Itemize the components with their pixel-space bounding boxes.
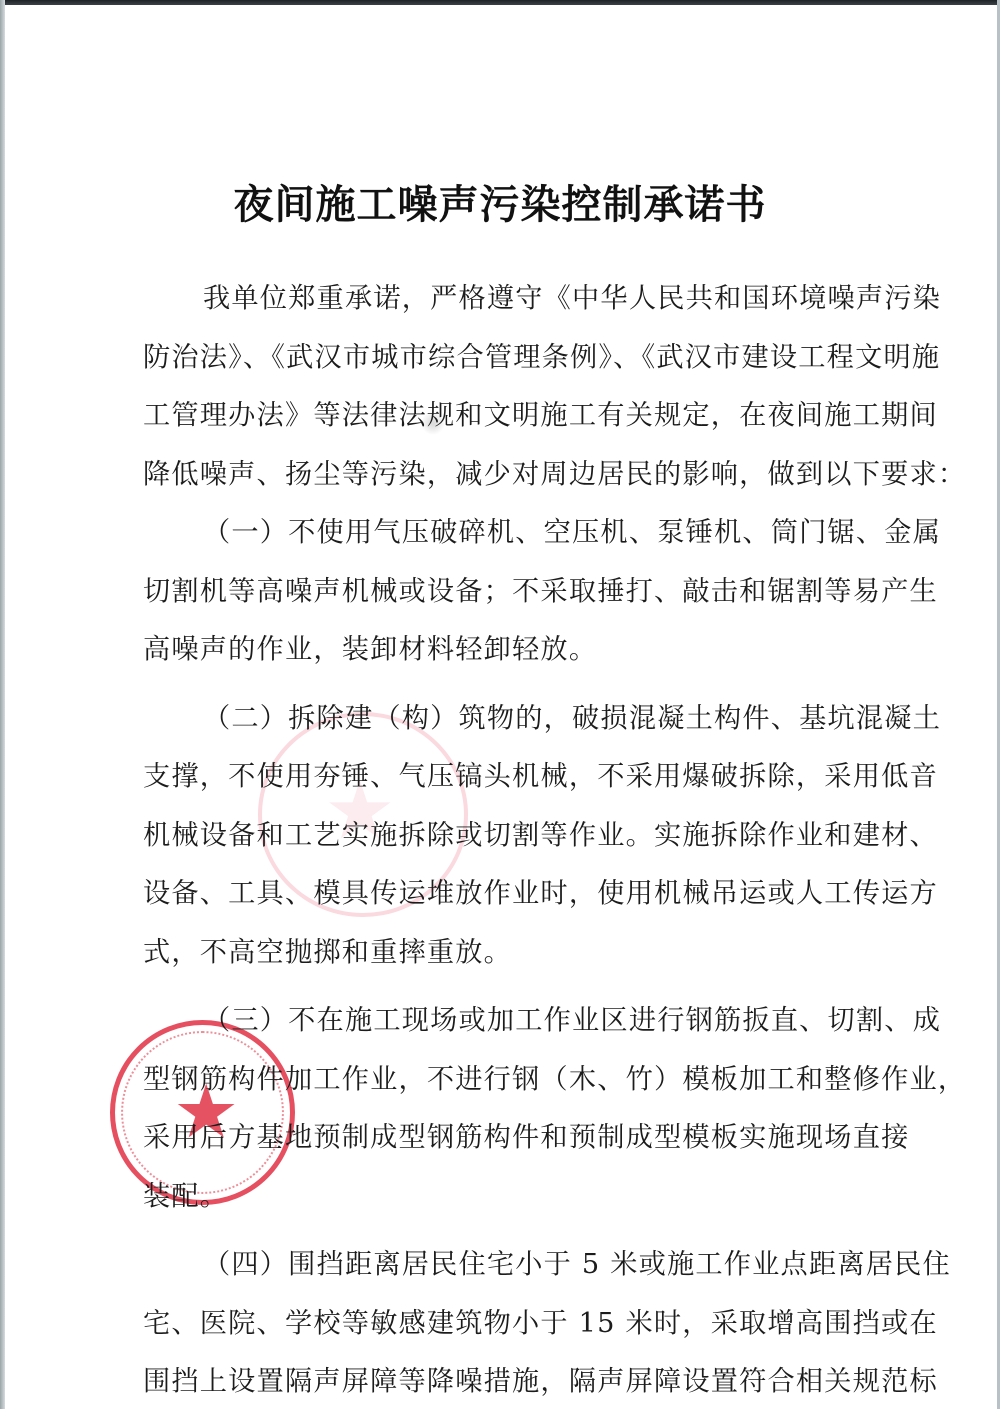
text-line: 围挡上设置隔声屏障等降噪措施，隔声屏障设置符合相关规范标 — [143, 1353, 837, 1409]
text-line: 设备、工具、模具传运堆放作业时，使用机械吊运或人工传运方 — [143, 865, 837, 924]
text-line: 切割机等高噪声机械或设备；不采取捶打、敲击和锯割等易产生 — [143, 563, 837, 622]
text-line: （四）围挡距离居民住宅小于 5 米或施工作业点距离居民住 — [143, 1236, 837, 1295]
text-line: 我单位郑重承诺，严格遵守《中华人民共和国环境噪声污染 — [143, 270, 837, 329]
text-line: 采用后方基地预制成型钢筋构件和预制成型模板实施现场直接 — [143, 1109, 837, 1168]
text-line: 式，不高空抛掷和重摔重放。 — [143, 924, 837, 983]
text-line: 降低噪声、扬尘等污染，减少对周边居民的影响，做到以下要求： — [143, 446, 837, 505]
paragraph-item-4: （四）围挡距离居民住宅小于 5 米或施工作业点距离居民住 宅、医院、学校等敏感建… — [143, 1236, 837, 1409]
document-page: ★ ★ 夜间施工噪声污染控制承诺书 我单位郑重承诺，严格遵守《中华人民共和国环境… — [0, 0, 1000, 1409]
text-line: 高噪声的作业，装卸材料轻卸轻放。 — [143, 621, 837, 680]
text-line: 型钢筋构件加工作业，不进行钢（木、竹）模板加工和整修作业， — [143, 1051, 837, 1110]
text-line: 装配。 — [143, 1168, 837, 1227]
paragraph-gap — [143, 680, 837, 690]
text-line: （二）拆除建（构）筑物的，破损混凝土构件、基坑混凝土 — [143, 690, 837, 749]
paragraph-intro: 我单位郑重承诺，严格遵守《中华人民共和国环境噪声污染 防治法》、《武汉市城市综合… — [143, 270, 837, 504]
paragraph-item-1: （一）不使用气压破碎机、空压机、泵锤机、筒门锯、金属 切割机等高噪声机械或设备；… — [143, 504, 837, 680]
text-layer: 夜间施工噪声污染控制承诺书 我单位郑重承诺，严格遵守《中华人民共和国环境噪声污染… — [0, 0, 1000, 1409]
text-line: 机械设备和工艺实施拆除或切割等作业。实施拆除作业和建材、 — [143, 807, 837, 866]
paragraph-item-3: （三）不在施工现场或加工作业区进行钢筋扳直、切割、成 型钢筋构件加工作业，不进行… — [143, 992, 837, 1226]
document-body: 我单位郑重承诺，严格遵守《中华人民共和国环境噪声污染 防治法》、《武汉市城市综合… — [143, 270, 837, 1409]
text-line: （一）不使用气压破碎机、空压机、泵锤机、筒门锯、金属 — [143, 504, 837, 563]
text-line: （三）不在施工现场或加工作业区进行钢筋扳直、切割、成 — [143, 992, 837, 1051]
paragraph-item-2: （二）拆除建（构）筑物的，破损混凝土构件、基坑混凝土 支撑，不使用夯锤、气压镐头… — [143, 690, 837, 983]
paragraph-gap — [143, 982, 837, 992]
text-line: 宅、医院、学校等敏感建筑物小于 15 米时，采取增高围挡或在 — [143, 1295, 837, 1354]
text-line: 支撑，不使用夯锤、气压镐头机械，不采用爆破拆除，采用低音 — [143, 748, 837, 807]
paragraph-gap — [143, 1226, 837, 1236]
text-line: 工管理办法》等法律法规和文明施工有关规定，在夜间施工期间 — [143, 387, 837, 446]
text-line: 防治法》、《武汉市城市综合管理条例》、《武汉市建设工程文明施 — [143, 329, 837, 388]
document-title: 夜间施工噪声污染控制承诺书 — [0, 180, 1000, 230]
